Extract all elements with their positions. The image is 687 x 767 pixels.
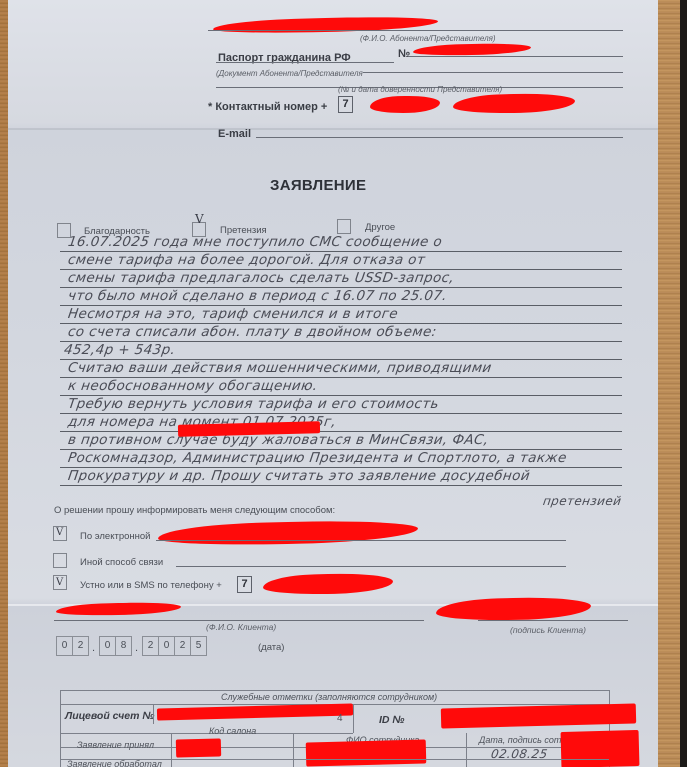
service-notes-table: Служебные отметки (заполняются сотрудник… [60, 690, 610, 767]
notify-label-phone: Устно или в SMS по телефону + [80, 580, 222, 591]
passport-number-line [408, 56, 623, 57]
check-mark-icon: V [195, 213, 204, 225]
type-label-other: Другое [365, 222, 395, 233]
date-digit: 2 [72, 636, 89, 656]
notify-other-line [176, 566, 566, 567]
handwritten-line: Считаю ваши действия мошенническими, при… [67, 360, 493, 376]
handwritten-line: Требую вернуть условия тарифа и его стои… [67, 396, 440, 412]
notify-phone-prefix-box: 7 [237, 576, 252, 593]
redacted-employee-name [306, 739, 427, 766]
handwritten-line: Роскомнадзор, Администрацию Президента и… [67, 450, 568, 466]
table-divider [61, 733, 353, 734]
paper-fold [8, 128, 658, 130]
service-title: Служебные отметки (заполняются сотрудник… [221, 692, 437, 702]
client-fio-caption: (Ф.И.О. Клиента) [206, 622, 276, 632]
form-title: ЗАЯВЛЕНИЕ [270, 177, 366, 194]
table-divider [293, 733, 294, 767]
row-accepted: Заявление принял [77, 740, 154, 750]
document-line [363, 72, 623, 73]
handwritten-line: 16.07.2025 года мне поступило СМС сообще… [67, 234, 443, 250]
notify-label-other: Иной способ связи [80, 557, 163, 568]
ruled-line [60, 485, 622, 486]
redacted-employee-signature [561, 730, 640, 767]
redacted-client-signature [436, 596, 592, 622]
redacted-email [158, 519, 418, 548]
fio-caption: (Ф.И.О. Абонента/Представителя) [360, 34, 496, 43]
contact-number-label: * Контактный номер + [208, 101, 327, 113]
redacted-fio [213, 15, 438, 35]
date-digit: 2 [142, 636, 159, 656]
table-divider [466, 733, 467, 767]
date-digit: 0 [158, 636, 175, 656]
passport-number-label: № [398, 48, 410, 60]
redacted-passport-number [413, 42, 531, 56]
date-digit: 0 [56, 636, 73, 656]
date-digit: 0 [99, 636, 116, 656]
check-mark-icon: V [56, 527, 63, 539]
redacted-id-number [441, 703, 636, 728]
client-signature-line [478, 620, 628, 621]
date-separator: . [92, 642, 95, 654]
email-label: E-mail [218, 128, 251, 140]
fio-line [208, 30, 623, 31]
type-checkbox-other[interactable] [337, 219, 351, 234]
date-separator: . [135, 642, 138, 654]
column-salon-code: Код салона [209, 726, 256, 736]
table-surface-right [658, 0, 680, 767]
redacted-contact-number [370, 95, 440, 114]
client-fio-line [54, 620, 424, 621]
notify-checkbox-other[interactable] [53, 553, 67, 568]
application-form-sheet: (Ф.И.О. Абонента/Представителя) Паспорт … [8, 0, 658, 767]
notify-email-line [156, 540, 566, 541]
redacted-contact-number [453, 92, 575, 114]
table-divider [153, 705, 154, 724]
proxy-caption: (№ и дата доверенности Представителя) [338, 85, 502, 94]
handwritten-line: со счета списали абон. плату в двойном о… [67, 324, 438, 340]
row-processed: Заявление обработал [67, 759, 162, 767]
table-divider [353, 705, 354, 733]
table-surface-left [0, 0, 8, 767]
redacted-salon-code [176, 738, 221, 757]
table-divider [171, 733, 172, 767]
redacted-account-number [157, 703, 353, 720]
handwritten-line: Несмотря на это, тариф сменился и в итог… [67, 306, 399, 322]
date-digit: 2 [174, 636, 191, 656]
handwritten-line: 452,4р + 543р. [63, 342, 177, 358]
handwritten-line: что было мной сделано в период с 16.07 п… [67, 288, 448, 304]
handwritten-line: к необоснованному обогащению. [67, 378, 319, 394]
handwritten-line: смены тарифа предлагалось сделать USSD-з… [67, 270, 455, 286]
check-mark-icon: V [56, 577, 63, 589]
passport-underline [216, 62, 394, 63]
account-last-digit: 4 [337, 713, 343, 724]
image-edge [680, 0, 687, 767]
handwritten-line: в противном случае буду жаловаться в Мин… [67, 432, 490, 448]
contact-prefix-box: 7 [338, 96, 353, 113]
id-label: ID № [379, 714, 404, 726]
account-label: Лицевой счет № [65, 710, 154, 722]
handwritten-line: претензией [542, 494, 622, 508]
column-date-signature: Дата, подпись сотр [479, 735, 566, 745]
redacted-notify-phone [263, 572, 393, 595]
email-line [256, 137, 623, 138]
date-digit: 8 [115, 636, 132, 656]
document-caption: (Документ Абонента/Представителя [216, 69, 363, 78]
handwritten-line: Прокуратуру и др. Прошу считать это заяв… [67, 468, 531, 484]
date-digit: 5 [190, 636, 207, 656]
client-signature-caption: (подпись Клиента) [510, 625, 586, 635]
date-caption: (дата) [258, 642, 284, 653]
notify-label: О решении прошу информировать меня следу… [54, 505, 335, 516]
notify-label-email: По электронной [80, 531, 150, 542]
handwritten-line: смене тарифа на более дорогой. Для отказ… [67, 252, 426, 268]
